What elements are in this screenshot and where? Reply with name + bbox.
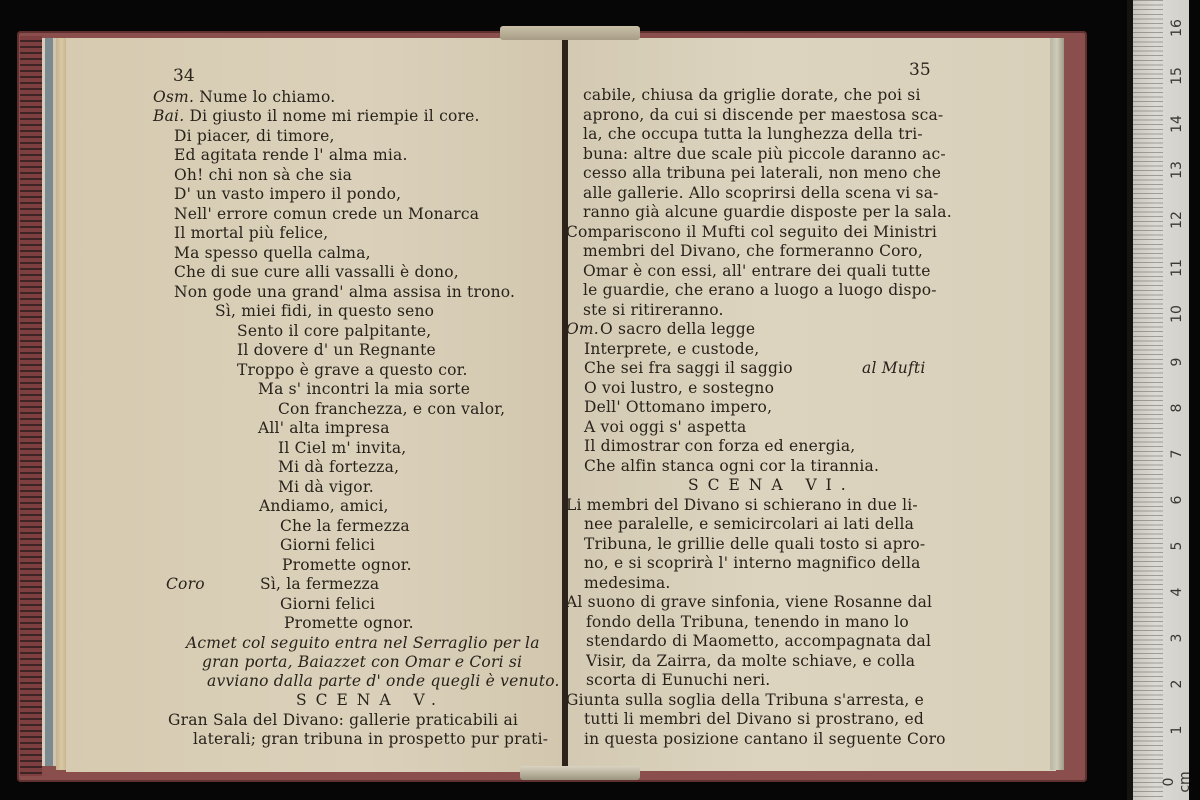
page-number-left: 34 bbox=[173, 66, 195, 86]
ruler-ticks bbox=[1133, 0, 1163, 800]
verse-line: Di piacer, di timore, bbox=[174, 127, 335, 145]
prose-line: le guardie, che erano a luogo a luogo di… bbox=[583, 281, 937, 299]
scene-description: laterali; gran tribuna in prospetto pur … bbox=[193, 730, 548, 748]
prose-line: in questa posizione cantano il seguente … bbox=[584, 730, 946, 748]
stage-direction: avviano dalla parte d' onde quegli è ven… bbox=[207, 672, 560, 690]
ruler-label: 2 bbox=[1169, 669, 1185, 699]
verse-line: Bai. Di giusto il nome mi riempie il cor… bbox=[153, 107, 480, 125]
ruler-label: 0 cm bbox=[1161, 767, 1193, 797]
prose-line: cesso alla tribuna pei laterali, non men… bbox=[583, 164, 941, 182]
scene-description: Gran Sala del Divano: gallerie praticabi… bbox=[168, 711, 518, 729]
ruler-label: 3 bbox=[1169, 623, 1185, 653]
ruler-label: 11 bbox=[1169, 253, 1185, 283]
ruler-label: 8 bbox=[1169, 393, 1185, 423]
stage-aside: al Mufti bbox=[862, 359, 926, 377]
tailband bbox=[520, 766, 640, 780]
scene-heading: SCENA VI. bbox=[688, 476, 855, 494]
stage-direction: Acmet col seguito entra nel Serraglio pe… bbox=[186, 634, 540, 652]
prose-line: Li membri del Divano si schierano in due… bbox=[566, 496, 918, 514]
speaker: Osm. bbox=[153, 88, 194, 106]
verse-line: Ma spesso quella calma, bbox=[174, 244, 371, 262]
prose-line: tutti li membri del Divano si prostrano,… bbox=[584, 710, 924, 728]
verse-line: Il Ciel m' invita, bbox=[278, 439, 406, 457]
verse-line: Mi dà vigor. bbox=[278, 478, 374, 496]
verse-line: Il mortal più felice, bbox=[174, 224, 328, 242]
prose-line: Visir, da Zairra, da molte schiave, e co… bbox=[586, 652, 915, 670]
ruler-label: 12 bbox=[1169, 205, 1185, 235]
verse-line: Promette ognor. bbox=[284, 614, 414, 632]
verse-line: O voi lustro, e sostegno bbox=[584, 379, 774, 397]
verse-line: Il dovere d' un Regnante bbox=[237, 341, 436, 359]
verse-line: D' un vasto impero il pondo, bbox=[174, 185, 401, 203]
prose-line: Omar è con essi, all' entrare dei quali … bbox=[583, 262, 931, 280]
verse-line: O sacro della legge bbox=[600, 320, 755, 338]
prose-line: no, e si scoprirà l' interno magnifico d… bbox=[584, 554, 921, 572]
prose-line: aprono, da cui si discende per maestosa … bbox=[583, 106, 943, 124]
verse-line: Mi dà fortezza, bbox=[278, 458, 399, 476]
verse-line: All' alta impresa bbox=[258, 419, 390, 437]
prose-line: alle gallerie. Allo scoprirsi della scen… bbox=[583, 184, 939, 202]
verse-line: Dell' Ottomano impero, bbox=[584, 398, 772, 416]
ruler-label: 15 bbox=[1169, 61, 1185, 91]
cover-edge-left bbox=[20, 36, 42, 776]
verse-line: Non gode una grand' alma assisa in trono… bbox=[174, 283, 515, 301]
ruler-label: 14 bbox=[1169, 109, 1185, 139]
verse-line: Sì, la fermezza bbox=[260, 575, 379, 593]
prose-line: scorta di Eunuchi neri. bbox=[586, 671, 770, 689]
prose-line: membri del Divano, che formeranno Coro, bbox=[583, 242, 923, 260]
verse-line: Che sei fra saggi il saggio bbox=[584, 359, 793, 377]
verse-line: A voi oggi s' aspetta bbox=[584, 418, 747, 436]
verse-line: Oh! chi non sà che sia bbox=[174, 166, 352, 184]
prose-line: buna: altre due scale più piccole darann… bbox=[583, 145, 946, 163]
verse-line: Giorni felici bbox=[280, 536, 375, 554]
book-gutter bbox=[562, 34, 568, 779]
prose-line: la, che occupa tutta la lunghezza della … bbox=[583, 125, 923, 143]
headband bbox=[500, 26, 640, 40]
ruler-label: 6 bbox=[1169, 485, 1185, 515]
verse-line: Nell' errore comun crede un Monarca bbox=[174, 205, 479, 223]
verse-line: Ed agitata rende l' alma mia. bbox=[174, 146, 408, 164]
verse-line: Con franchezza, e con valor, bbox=[278, 400, 505, 418]
prose-line: fondo della Tribuna, tenendo in mano lo bbox=[586, 613, 909, 631]
prose-line: Compariscono il Mufti col seguito dei Mi… bbox=[566, 223, 937, 241]
prose-line: medesima. bbox=[584, 574, 671, 592]
verse-line: Che alfin stanca ogni cor la tirannia. bbox=[584, 457, 879, 475]
speaker: Om. bbox=[566, 320, 599, 338]
page-stack-right bbox=[1050, 38, 1064, 770]
verse-line: Che la fermezza bbox=[280, 517, 410, 535]
verse-line: Giorni felici bbox=[280, 595, 375, 613]
page-number-right: 35 bbox=[909, 60, 931, 80]
ruler-label: 16 bbox=[1169, 13, 1185, 43]
page-edge-strip bbox=[42, 38, 56, 766]
ruler-label: 13 bbox=[1169, 155, 1185, 185]
prose-line: stendardo di Maometto, accompagnata dal bbox=[586, 632, 931, 650]
stage-direction: gran porta, Baiazzet con Omar e Cori si bbox=[202, 653, 522, 671]
speaker: Bai. bbox=[153, 107, 184, 125]
ruler-label: 1 bbox=[1169, 715, 1185, 745]
prose-line: Al suono di grave sinfonia, viene Rosann… bbox=[566, 593, 932, 611]
verse-line: Ma s' incontri la mia sorte bbox=[258, 380, 470, 398]
prose-line: ste si ritireranno. bbox=[583, 301, 724, 319]
ruler-label: 9 bbox=[1169, 347, 1185, 377]
ruler-label: 4 bbox=[1169, 577, 1185, 607]
verse-line: Andiamo, amici, bbox=[259, 497, 389, 515]
prose-line: Giunta sulla soglia della Tribuna s'arre… bbox=[566, 691, 924, 709]
prose-line: Tribuna, le grillie delle quali tosto si… bbox=[584, 535, 925, 553]
verse-line: Promette ognor. bbox=[282, 556, 412, 574]
verse-line: Il dimostrar con forza ed energia, bbox=[584, 437, 855, 455]
ruler-label: 10 bbox=[1169, 299, 1185, 329]
prose-line: nee paralelle, e semicircolari ai lati d… bbox=[584, 515, 914, 533]
verse-line: Interprete, e custode, bbox=[584, 340, 759, 358]
verse-line: Sento il core palpitante, bbox=[237, 322, 431, 340]
scene-heading: SCENA V. bbox=[296, 691, 445, 709]
ruler-label: 5 bbox=[1169, 531, 1185, 561]
verse-line: Che di sue cure alli vassalli è dono, bbox=[174, 263, 459, 281]
prose-line: cabile, chiusa da griglie dorate, che po… bbox=[583, 86, 921, 104]
prose-line: ranno già alcune guardie disposte per la… bbox=[583, 203, 952, 221]
verse-line: Sì, miei fidi, in questo seno bbox=[215, 302, 434, 320]
verse-line: Osm. Nume lo chiamo. bbox=[153, 88, 335, 106]
verse-line: Troppo è grave a questo cor. bbox=[237, 361, 468, 379]
speaker: Coro bbox=[166, 575, 205, 593]
ruler-label: 7 bbox=[1169, 439, 1185, 469]
